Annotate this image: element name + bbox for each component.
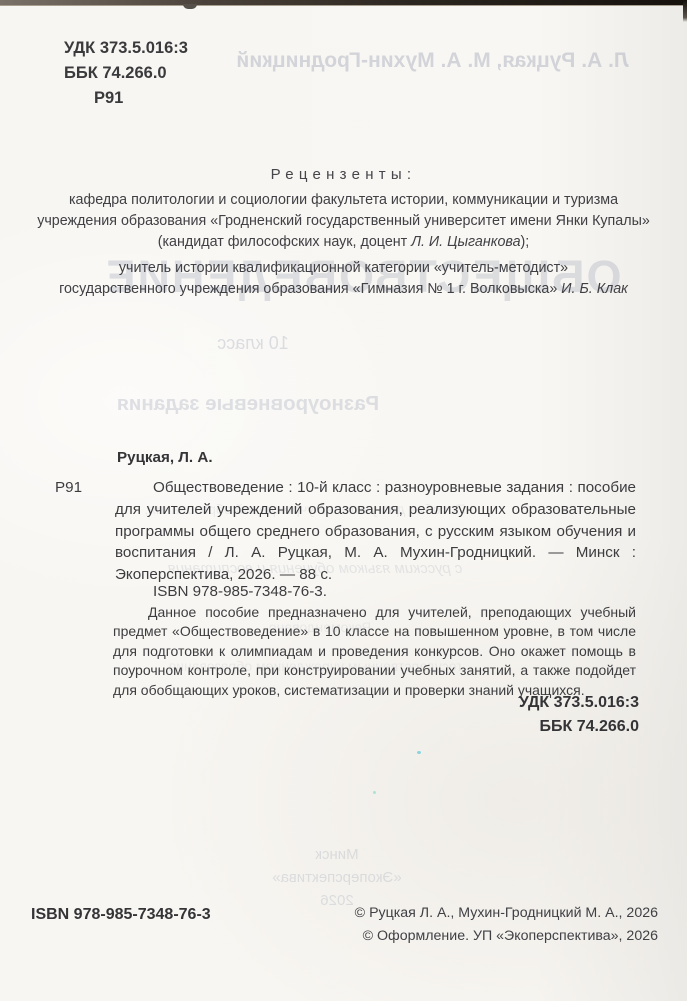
reviewer1-degree: (кандидат философских наук, доцент	[158, 234, 411, 250]
reviewer2-line1: учитель истории квалификационной категор…	[14, 258, 673, 279]
reviewer1-line1: кафедра политологии и социологии факульт…	[14, 190, 673, 211]
reviewer2-institution: государственного учреждения образования …	[59, 281, 561, 297]
bbk-code: ББК 74.266.0	[64, 61, 188, 86]
printed-content: УДК 373.5.016:3 ББК 74.266.0 Р91 Рецензе…	[0, 0, 687, 1001]
reviewers-heading: Рецензенты:	[0, 166, 687, 183]
reviewer1-tail: );	[521, 234, 530, 250]
scanned-book-imprint-page: Л. А. Руцкая, М. А. Мухин-Гродницкий ОБЩ…	[0, 0, 687, 1001]
footer-isbn: ISBN 978-985-7348-76-3	[31, 906, 211, 924]
classification-codes-bottom: УДК 373.5.016:3 ББК 74.266.0	[519, 691, 639, 738]
footer-copyright-block: © Руцкая Л. А., Мухин-Гродницкий М. А., …	[355, 902, 658, 947]
catalog-author-sign: Р91	[55, 479, 82, 496]
reviewer1-line3: (кандидат философских наук, доцент Л. И.…	[14, 232, 673, 253]
reviewer1-line2: учреждения образования «Гродненский госу…	[14, 211, 673, 232]
udc-code-bottom: УДК 373.5.016:3	[519, 691, 639, 715]
reviewer2-name: И. Б. Клак	[561, 281, 628, 297]
annotation-paragraph: Данное пособие предназначено для учителе…	[113, 603, 636, 700]
reviewer1-name: Л. И. Цыганкова	[411, 234, 520, 250]
catalog-author: Руцкая, Л. А.	[117, 449, 213, 466]
copyright-design: © Оформление. УП «Экоперспектива», 2026	[355, 925, 658, 948]
catalog-description: Обществоведение : 10-й класс : разноуров…	[115, 477, 636, 586]
bbk-code-bottom: ББК 74.266.0	[519, 715, 639, 739]
scan-right-edge	[683, 0, 687, 22]
udc-code: УДК 373.5.016:3	[64, 36, 188, 61]
catalog-isbn: ISBN 978-985-7348-76-3.	[153, 583, 327, 600]
reviewers-block: кафедра политологии и социологии факульт…	[14, 190, 673, 300]
copyright-authors: © Руцкая Л. А., Мухин-Гродницкий М. А., …	[355, 902, 658, 925]
author-sign: Р91	[64, 86, 188, 111]
classification-codes-top: УДК 373.5.016:3 ББК 74.266.0 Р91	[64, 36, 188, 111]
reviewer2-line2: государственного учреждения образования …	[14, 279, 673, 300]
scan-top-edge	[0, 0, 687, 6]
